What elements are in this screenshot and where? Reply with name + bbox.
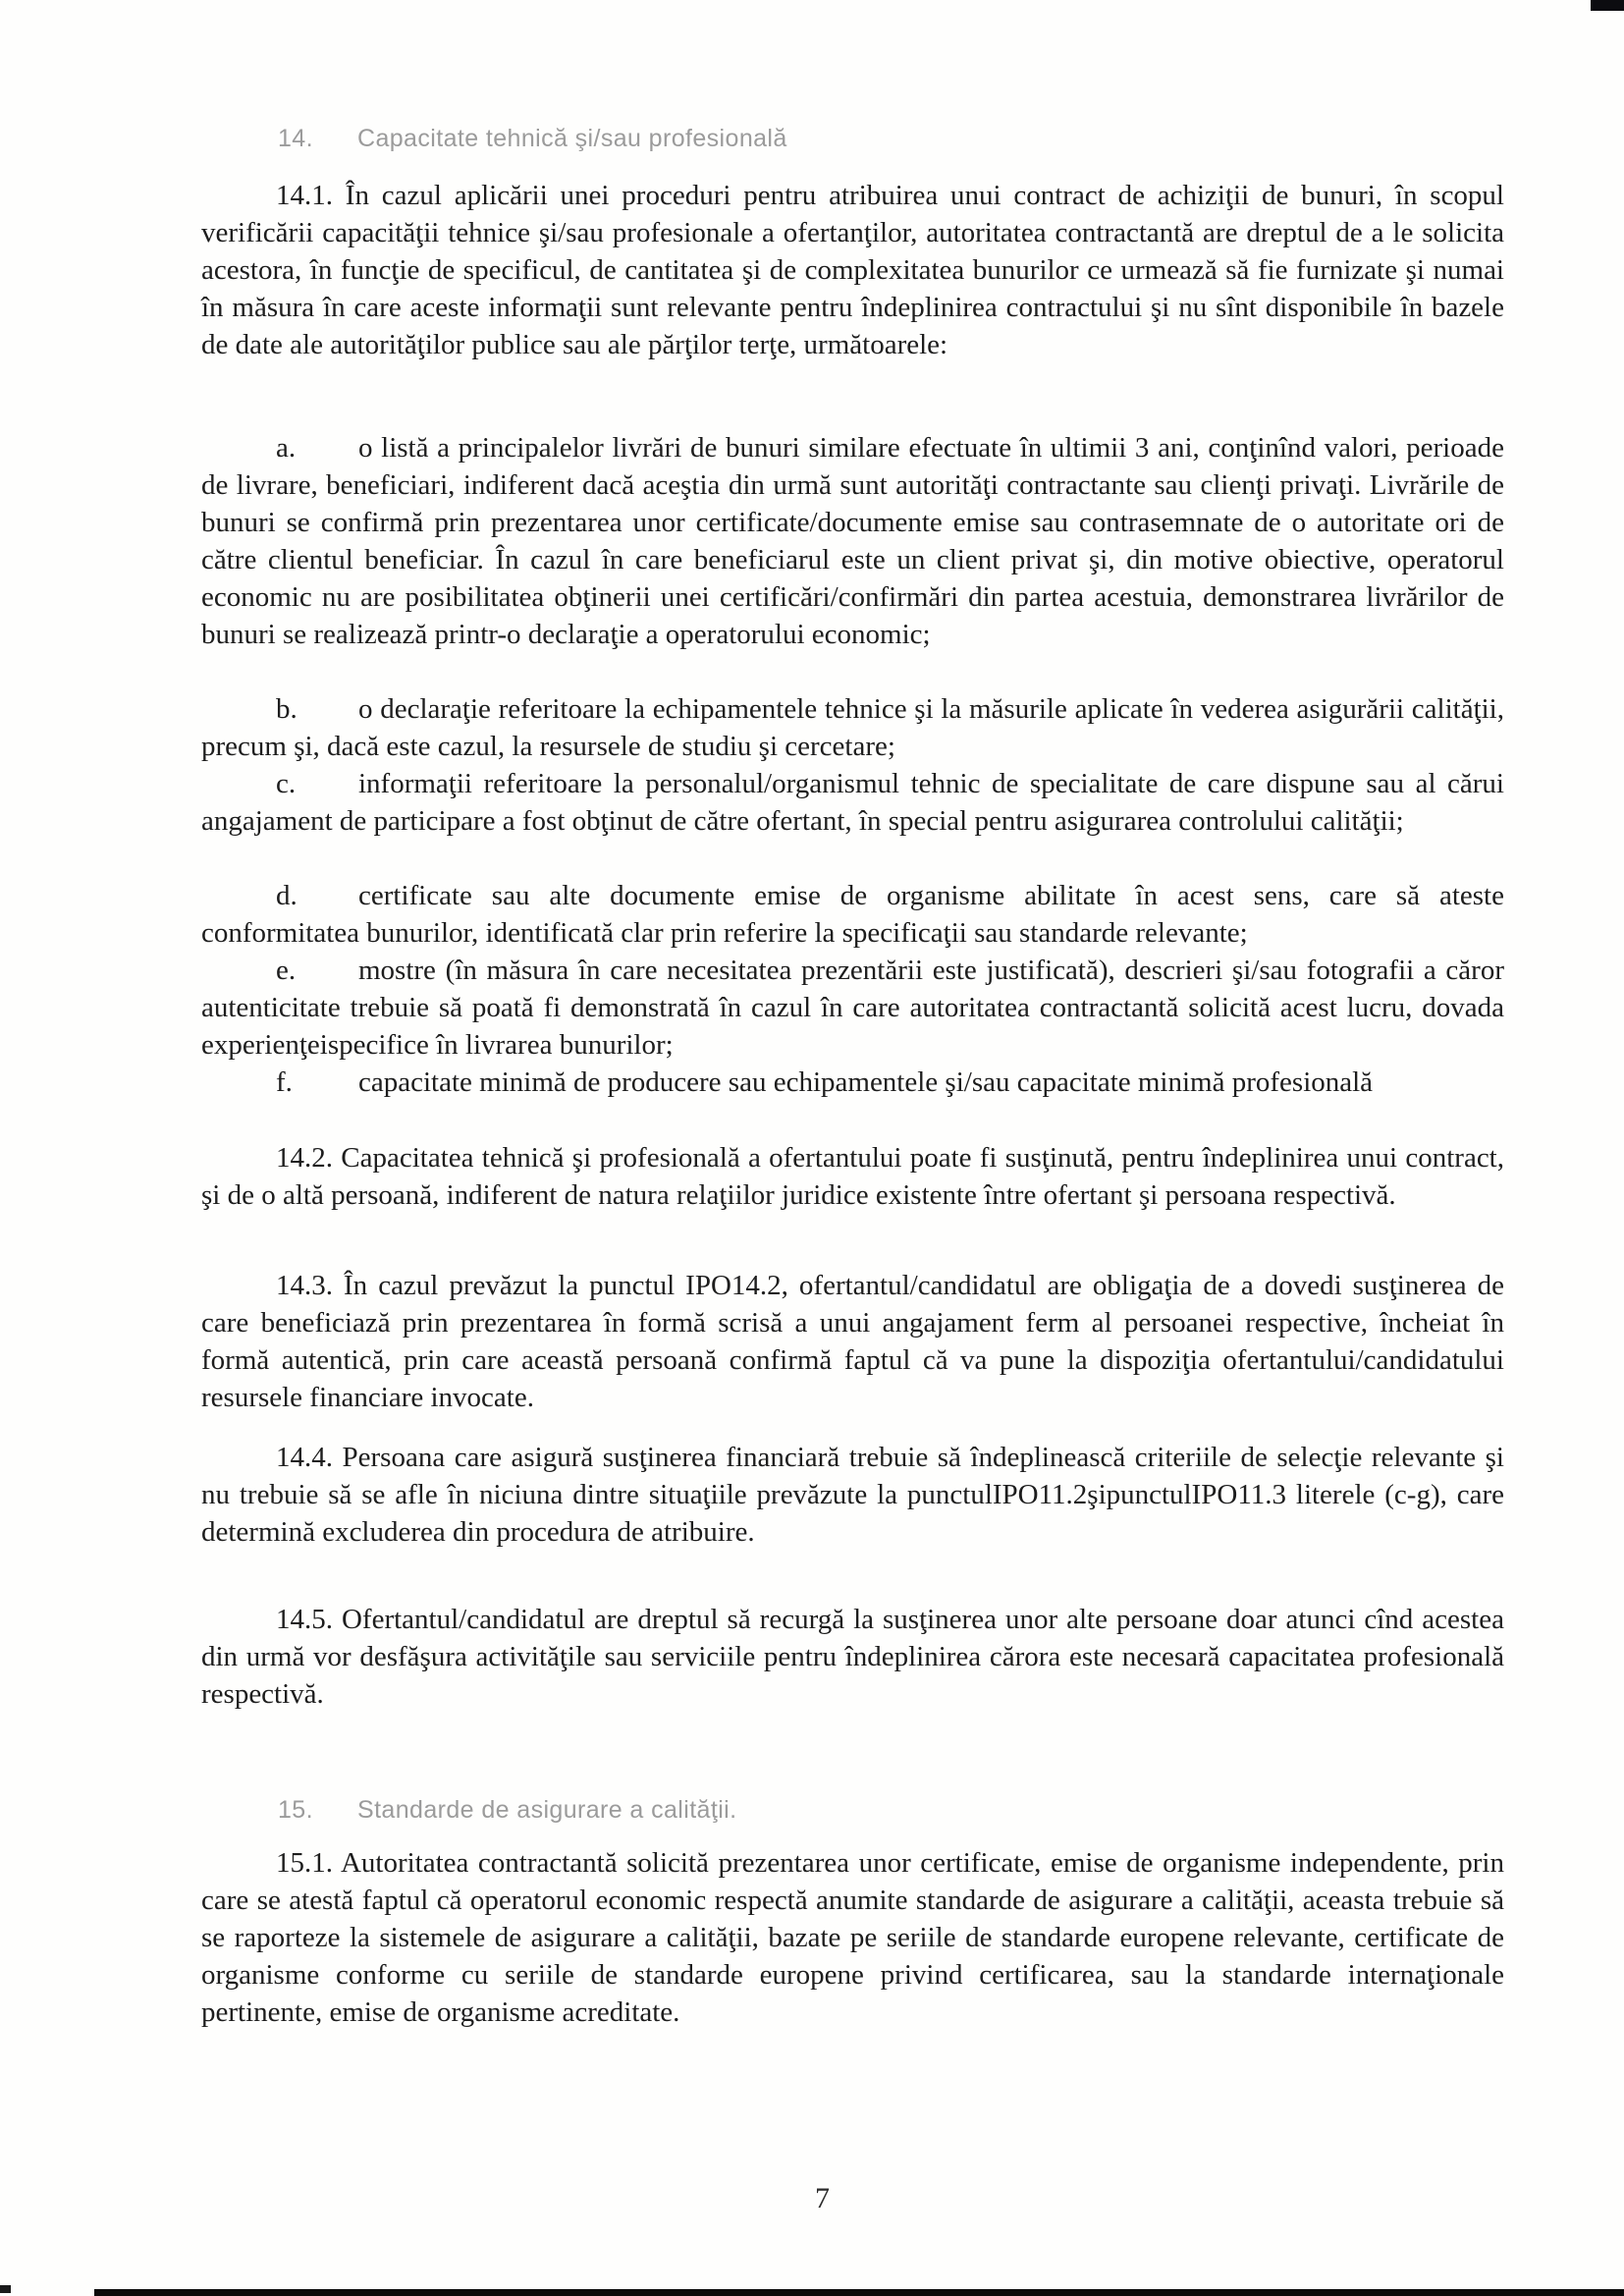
paragraph-14-2: 14.2. Capacitatea tehnică şi profesional…: [201, 1139, 1504, 1214]
list-item-d: d.certificate sau alte documente emise d…: [201, 877, 1504, 952]
list-item-c-label: c.: [276, 765, 358, 802]
paragraph-14-4: 14.4. Persoana care asigură susţinerea f…: [201, 1439, 1504, 1551]
list-item-d-label: d.: [276, 877, 358, 914]
list-item-c-text: informaţii referitoare la personalul/org…: [201, 768, 1504, 837]
list-item-f-text: capacitate minimă de producere sau echip…: [358, 1066, 1373, 1098]
paragraph-15-1: 15.1. Autoritatea contractantă solicită …: [201, 1844, 1504, 2031]
page-number: 7: [815, 2180, 830, 2217]
list-item-a-text: o listă a principalelor livrări de bunur…: [201, 432, 1504, 650]
scan-artifact-bottom-left: [0, 2285, 11, 2293]
list-item-c: c.informaţii referitoare la personalul/o…: [201, 765, 1504, 840]
list-item-e-label: e.: [276, 952, 358, 989]
section-15-title: Standarde de asigurare a calităţii.: [357, 1796, 736, 1824]
list-item-b-label: b.: [276, 690, 358, 728]
paragraph-14-1: 14.1. În cazul aplicării unei proceduri …: [201, 177, 1504, 363]
section-14-number: 14.: [278, 122, 357, 155]
scan-artifact-top-right: [1591, 0, 1624, 11]
scan-artifact-bottom-bar: [94, 2289, 1624, 2296]
list-item-f: f.capacitate minimă de producere sau ech…: [201, 1064, 1504, 1101]
section-14-heading: 14.Capacitate tehnică şi/sau profesional…: [201, 122, 1581, 155]
list-item-b: b.o declaraţie referitoare la echipament…: [201, 690, 1504, 765]
list-item-b-text: o declaraţie referitoare la echipamentel…: [201, 693, 1504, 762]
paragraph-14-5: 14.5. Ofertantul/candidatul are dreptul …: [201, 1601, 1504, 1713]
list-item-a-label: a.: [276, 429, 358, 466]
paragraph-14-3: 14.3. În cazul prevăzut la punctul IPO14…: [201, 1267, 1504, 1416]
list-item-e: e.mostre (în măsura în care necesitatea …: [201, 952, 1504, 1064]
section-14-title: Capacitate tehnică şi/sau profesională: [357, 125, 787, 152]
section-15-number: 15.: [278, 1793, 357, 1827]
document-page: 14.Capacitate tehnică şi/sau profesional…: [0, 0, 1624, 2296]
section-15-heading: 15.Standarde de asigurare a calităţii.: [201, 1793, 1581, 1827]
list-item-f-label: f.: [276, 1064, 358, 1101]
list-item-e-text: mostre (în măsura în care necesitatea pr…: [201, 955, 1504, 1061]
list-item-d-text: certificate sau alte documente emise de …: [201, 880, 1504, 949]
list-item-a: a.o listă a principalelor livrări de bun…: [201, 429, 1504, 653]
